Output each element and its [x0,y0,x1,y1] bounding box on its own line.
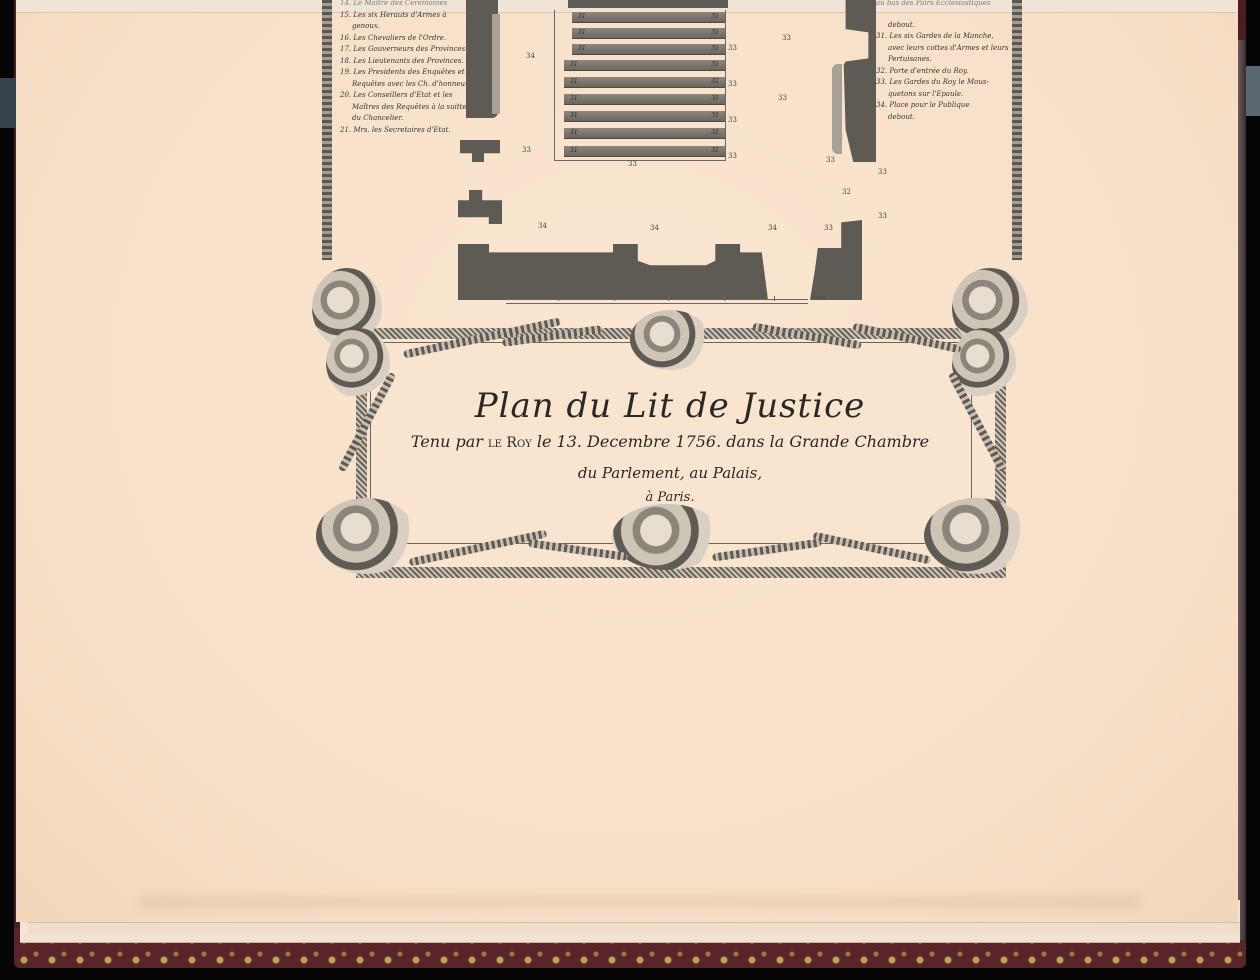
label-guards: 33 [824,224,833,232]
bench-row: 3131 [572,28,725,39]
legend-item: debout. [876,112,1011,124]
legend-item: 33. Les Gardes du Roy le Mous- [876,77,1011,89]
book-fore-edge [1238,40,1246,940]
wall-right-shadow [832,64,842,154]
label-guards: 33 [878,168,887,176]
legend-item: 31. Les six Gardes de la Manche, [876,31,1011,43]
legend-item: 34. Place pour le Publique [876,100,1011,112]
bench-row: 3131 [572,12,725,23]
legend-item: Pertuisanes. [876,54,1011,66]
bench-row: 3131 [564,146,725,157]
bench-row: 3131 [572,44,725,55]
shell-cartouche-top-center [630,310,710,370]
label-guards: 33 [778,94,787,102]
title-cartouche: Plan du Lit de Justice Tenu par le Roy l… [312,318,1028,578]
scale-bar [506,299,808,304]
label-public: 34 [650,224,659,232]
underlying-page-edge [28,922,1240,935]
wall-left-shadow [492,14,500,114]
label-guards: 33 [878,212,887,220]
label-public: 34 [526,52,535,60]
label-public: 34 [768,224,777,232]
bench-row: 3131 [564,60,725,71]
plate-title: Plan du Lit de Justice [312,386,1028,426]
bench-top [568,0,728,8]
foxing-stain [140,895,1140,909]
left-garland-border [322,0,332,260]
rococo-scroll-bottom-right [924,498,1028,574]
legend-item: avec leurs cottes d'Armes et leurs [876,43,1011,55]
label-king-door: 32 [842,188,851,196]
label-guards: 33 [728,116,737,124]
legend-item: au bas des Pairs Ecclesiastiques [876,0,1011,10]
label-guards: 33 [728,152,737,160]
label-public: 34 [538,222,547,230]
page-clip-right [1246,66,1260,116]
label-guards: 33 [628,160,637,168]
plate-subtitle-line3: à Paris. [312,490,1028,505]
right-garland-border [1012,0,1022,260]
label-guards: 33 [522,146,531,154]
legend-item: quetons sur l'Epaule. [876,89,1011,101]
scale-label: toises [812,295,827,301]
legend-item: 32. Porte d'entrée du Roy. [876,66,1011,78]
shell-cartouche-bottom-center [612,504,722,570]
label-guards: 33 [728,44,737,52]
rococo-scroll-bottom-left [316,498,416,574]
label-guards: 33 [728,80,737,88]
page-clip-left [0,78,16,128]
bench-row: 3131 [564,94,725,105]
bench-row: 3131 [564,111,725,122]
legend-right: au bas des Pairs Ecclesiastiques debout.… [876,0,1011,123]
label-guards: 33 [826,156,835,164]
bench-row: 3131 [564,77,725,88]
legend-item: 21. Mrs. les Secretaires d'Etat. [340,125,490,137]
bench-row: 3131 [564,128,725,139]
plate-subtitle: Tenu par le Roy le 13. Decembre 1756. da… [312,432,1028,451]
legend-item: debout. [876,20,1011,32]
plate-subtitle-line2: du Parlement, au Palais, [312,464,1028,482]
label-guards: 33 [782,34,791,42]
